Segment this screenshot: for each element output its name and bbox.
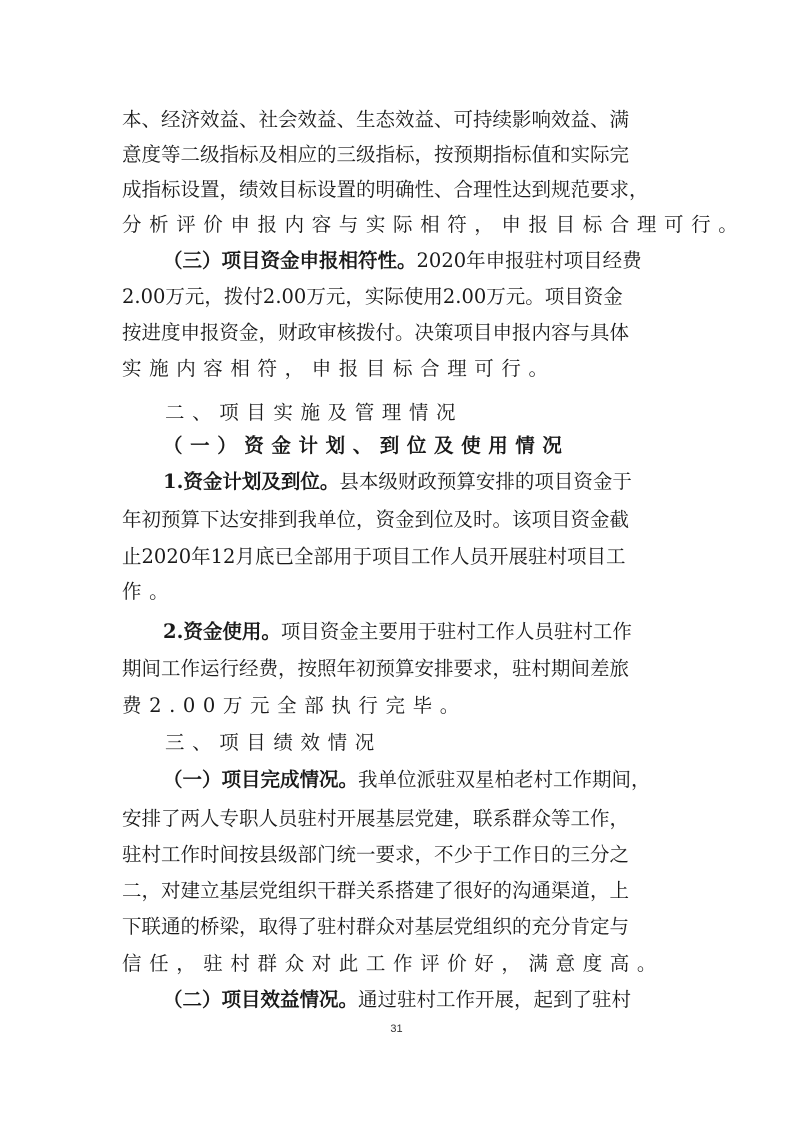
paragraph-line: 按进度申报资金，财政审核拨付。决策项目申报内容与具体 [122, 318, 674, 348]
paragraph-project-completion: （一）项目完成情况。我单位派驻双星柏老村工作期间， [163, 765, 674, 795]
paragraph-fund-usage: 2.资金使用。项目资金主要用于驻村工作人员驻村工作 [163, 617, 674, 647]
page-number: 31 [0, 1023, 793, 1035]
paragraph-line: 2.00万元，拨付2.00万元，实际使用2.00万元。项目资金 [122, 282, 674, 312]
subheading: （一）项目完成情况。 [163, 768, 358, 791]
paragraph-line: 年初预算下达安排到我单位，资金到位及时。该项目资金截 [122, 505, 674, 535]
subheading-fund-plan: （一）资金计划、到位及使用情况 [163, 431, 674, 461]
document-page: 本、经济效益、社会效益、生态效益、可持续影响效益、满 意度等二级指标及相应的三级… [0, 0, 793, 1122]
section-heading-implementation: 二、项目实施及管理情况 [165, 398, 674, 428]
paragraph-line: 驻村工作时间按县级部门统一要求，不少于工作日的三分之 [122, 840, 674, 870]
paragraph-line: 分析评价申报内容与实际相符，申报目标合理可行。 [122, 210, 674, 240]
paragraph-line: 安排了两人专职人员驻村开展基层党建，联系群众等工作， [122, 804, 674, 834]
section-paragraph-funding-consistency: （三）项目资金申报相符性。2020年申报驻村项目经费 [163, 246, 674, 276]
paragraph-line: 实施内容相符，申报目标合理可行。 [122, 354, 674, 384]
paragraph-line: 期间工作运行经费，按照年初预算安排要求，驻村期间差旅 [122, 654, 674, 684]
paragraph-line: 作。 [122, 577, 674, 607]
paragraph-line: 下联通的桥梁，取得了驻村群众对基层党组织的充分肯定与 [122, 912, 674, 942]
section-heading-performance: 三、项目绩效情况 [165, 728, 674, 758]
paragraph-line: 成指标设置，绩效目标设置的明确性、合理性达到规范要求， [122, 175, 674, 205]
paragraph-line: 二，对建立基层党组织干群关系搭建了很好的沟通渠道，上 [122, 876, 674, 906]
paragraph-fund-arrival: 1.资金计划及到位。县本级财政预算安排的项目资金于 [163, 467, 674, 497]
subheading: （三）项目资金申报相符性。 [163, 249, 417, 272]
paragraph-line: 意度等二级指标及相应的三级指标，按预期指标值和实际完 [122, 140, 674, 170]
subheading: 1.资金计划及到位。 [163, 470, 339, 493]
paragraph-line: 止2020年12月底已全部用于项目工作人员开展驻村项目工 [122, 542, 674, 572]
paragraph-project-benefit: （二）项目效益情况。通过驻村工作开展，起到了驻村 [163, 985, 674, 1015]
paragraph-line: 信任，驻村群众对此工作评价好，满意度高。 [122, 949, 674, 979]
subheading: （二）项目效益情况。 [163, 988, 358, 1011]
paragraph-line: 本、经济效益、社会效益、生态效益、可持续影响效益、满 [122, 105, 674, 135]
subheading: 2.资金使用。 [163, 620, 281, 643]
paragraph-line: 费2.00万元全部执行完毕。 [122, 691, 674, 721]
